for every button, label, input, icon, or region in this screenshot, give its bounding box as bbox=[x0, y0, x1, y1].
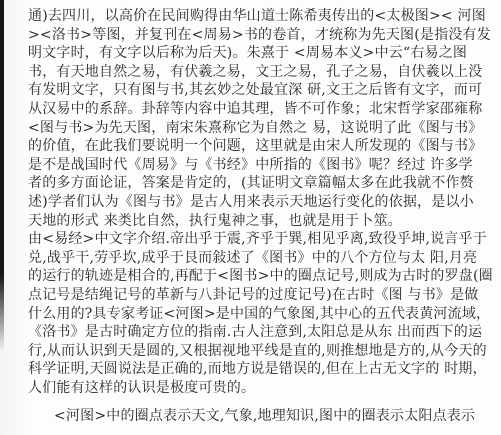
text-line: 有发明文字，只有图与书,其玄妙之处最宜深 研,文王之后皆有文字，而可 bbox=[28, 81, 496, 100]
text-line: 者的多方面论证，答案是肯定的，(其证明文章篇幅太多在此我就不作赘 bbox=[28, 174, 496, 193]
scanned-document-page: 通)去四川，以高价在民间购得由华山道士陈希夷传出的<太极图>< 河图 ><洛书>… bbox=[0, 0, 501, 435]
scan-gutter-shadow bbox=[0, 0, 4, 352]
body-text: 通)去四川，以高价在民间购得由华山道士陈希夷传出的<太极图>< 河图 ><洛书>… bbox=[28, 7, 496, 426]
text-line: <图与书>为先天图，南宋朱熹称它为自然之 易，这说明了此《图与书》 bbox=[28, 119, 496, 138]
text-line: 的运行的轨迹是相合的,再配于<图书>中的圈点记号,则成为古时的罗盘(圈 bbox=[28, 267, 496, 286]
text-line: 《洛书》是古时确定方位的指南.古人注意到,太阳总是从东 出而西下的运 bbox=[28, 323, 496, 342]
text-line: 从汉易中的系辞。卦辞等内容中追其理，皆不可作象；北宋哲学家邵雍称 bbox=[28, 100, 496, 119]
text-line: 点记号是结绳记号的革新与八卦记号的过度记号)在古时《图 与书》是做 bbox=[28, 286, 496, 305]
text-line: 的价值，在此我们要说明一个问题，这里就是由宋人所发现的《图与书》 bbox=[28, 137, 496, 156]
text-line: 是不是战国时代《周易》与《书经》中所指的《图书》呢？经过 许多学 bbox=[28, 156, 496, 175]
text-line: 由<易经>中文字介绍.帝出乎于震,齐乎于巽,相见乎离,致役乎坤,说言乎于 bbox=[28, 230, 496, 249]
text-line: 述)学者们认为《图与书》是古人用来表示天地运行变化的依据，是以小 bbox=[28, 193, 496, 212]
text-line: 科学证明,天圆说法是正确的,而地方说是错误的,但在上古无文字的 时期， bbox=[28, 360, 496, 379]
text-line: 行,从而认识到天是圆的,又根据视地平线是直的,则推想地是方的,从今天的 bbox=[28, 342, 496, 361]
text-line: 通)去四川，以高价在民间购得由华山道士陈希夷传出的<太极图>< 河图 bbox=[28, 7, 496, 26]
text-line: 书，有天地自然之易，有伏羲之易，文王之易，孔子之易，自伏羲以上没 bbox=[28, 63, 496, 82]
text-line: 兑,战乎干,劳乎坎,成乎于艮而敍述了《图书》中的八个方位与太 阳,月亮 bbox=[28, 249, 496, 268]
footer-text-line: <河图>中的圈点表示天文,气象,地理知识,图中的圈表示太阳点表示 bbox=[28, 407, 496, 426]
text-line: 人们能有这样的认识是极度可贵的。 bbox=[28, 379, 496, 398]
text-line: 天地的形式 来类比自然，执行鬼神之事，也就是用于卜筮。 bbox=[28, 212, 496, 231]
text-line: ><洛书>等图，并复刊在<周易>书的卷首，才统称为先天图(是指没有发 bbox=[28, 26, 496, 45]
text-line: 什么用的?具专家考证<河图>是中国的气象图,其中心的五代表黄河流域， bbox=[28, 305, 496, 324]
text-line: 明文字时，有文字以后称为后天)。朱熹于 <周易本义>中云“右易之图 bbox=[28, 44, 496, 63]
